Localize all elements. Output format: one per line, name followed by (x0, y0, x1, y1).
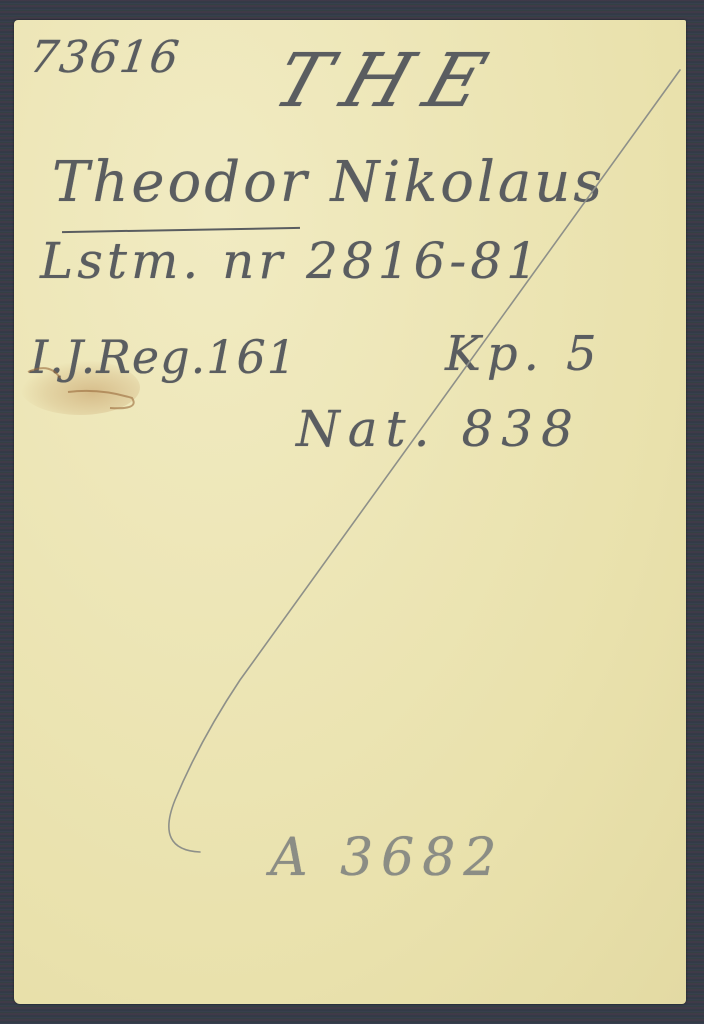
nat-line: Nat. 838 (296, 400, 581, 458)
company-line: Kp. 5 (445, 326, 603, 382)
catalog-number: 73616 (26, 32, 183, 83)
archive-number: A 3682 (270, 828, 504, 888)
full-name: Theodor Nikolaus (52, 150, 605, 215)
surname-code: THE (264, 38, 514, 124)
regiment-line: I.J.Reg.161 (30, 330, 297, 384)
register-line: Lstm. nr 2816-81 (40, 232, 542, 290)
